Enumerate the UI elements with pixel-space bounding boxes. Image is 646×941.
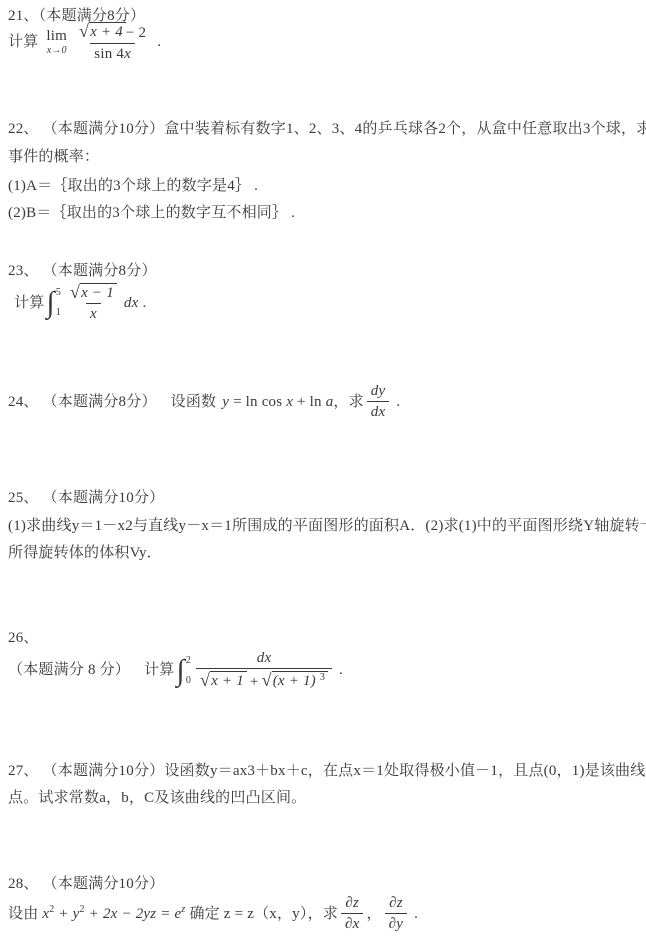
eq-exp-2: 2 xyxy=(80,899,85,920)
problem-22-line2: 事件的概率： xyxy=(8,147,99,168)
fraction-denominator: √ x + 1 + √ (x + 1) 3 xyxy=(196,668,332,691)
integral-icon: ∫ xyxy=(46,288,54,318)
limit-operator: lim x→0 xyxy=(46,29,67,56)
integral-upper: 2 xyxy=(186,656,191,666)
fraction-denominator: x xyxy=(86,303,101,323)
plus-sign: + xyxy=(250,674,259,691)
numerator-rest: − 2 xyxy=(126,25,146,42)
fraction: √ x + 4 − 2 sin 4 x xyxy=(75,22,150,64)
sqrt-icon: √ xyxy=(79,22,89,41)
problem-27-line2: 点。试求常数a，b，C及该曲线的凹凸区间。 xyxy=(8,788,306,809)
fraction-dz-dx: ∂z ∂x xyxy=(341,895,363,934)
eq-var-y: y xyxy=(222,392,229,413)
compute-label: 计算 xyxy=(14,293,44,314)
problem-22-line1: 22、 （本题满分10分）盒中装着标有数字1、2、3、4的乒乓球各2个，从盒中任… xyxy=(8,119,646,140)
problem-24-line: 24、 （本题满分8分） 设函数 y = ln cos x + ln a ，求 … xyxy=(8,383,400,422)
eq-exp-1: 2 xyxy=(49,899,54,920)
period: . xyxy=(339,660,343,681)
problem-22-item2: (2)B＝｛取出的3个球上的数字互不相同｝ . xyxy=(8,203,295,224)
problem-28-formula: 设由 x2 + y2 + 2x − 2yz = ez 确定 z = z（x，y）… xyxy=(8,895,418,934)
integral-lower: 0 xyxy=(186,676,191,686)
period: . xyxy=(414,904,418,925)
eq-op2: + ln xyxy=(293,392,326,413)
fraction: √ x − 1 x xyxy=(66,283,121,324)
fraction-denominator: sin 4 x xyxy=(90,43,135,63)
compute-label: 计算 xyxy=(144,660,174,681)
radicand: x − 1 xyxy=(80,283,117,302)
problem-24-header: 24、 （本题满分8分） xyxy=(8,392,157,413)
fraction-numerator: dx xyxy=(253,650,276,668)
radicand: x + 4 xyxy=(89,22,126,41)
score-label: （本题满分 8 分） xyxy=(8,660,130,681)
problem-21-formula: 计算 lim x→0 √ x + 4 − 2 sin 4 x . xyxy=(8,22,161,64)
problem-25-line1: (1)求曲线y＝1－x2与直线y－x＝1所围成的平面图形的面积A．(2)求(1)… xyxy=(8,516,646,537)
comma: ， xyxy=(366,904,381,925)
eq-var-x: x xyxy=(286,392,293,413)
period: . xyxy=(157,32,161,53)
sqrt-icon: √ xyxy=(70,283,80,302)
eq-var-a: a xyxy=(326,392,334,413)
fraction-denominator: dx xyxy=(367,401,390,421)
intro-text: 设由 xyxy=(8,904,42,925)
radicand-2: (x + 1) 3 xyxy=(272,671,328,690)
radicand-1: x + 1 xyxy=(210,671,247,690)
fraction: dy dx xyxy=(367,383,390,422)
integral-icon: ∫ xyxy=(176,656,184,686)
exam-document-page: 21、（本题满分8分） 计算 lim x→0 √ x + 4 − 2 sin 4… xyxy=(0,0,646,941)
problem-25-header: 25、 （本题满分10分） xyxy=(8,488,164,509)
sqrt-icon: √ xyxy=(262,671,272,690)
integral-operator: ∫ 5 1 xyxy=(46,288,61,318)
lim-text: lim xyxy=(46,29,67,44)
sqrt-icon: √ xyxy=(200,671,210,690)
period: . xyxy=(396,392,400,413)
compute-label: 计算 xyxy=(8,32,38,53)
sqrt-radical-2: √ (x + 1) 3 xyxy=(262,671,328,690)
eq-term-y: + y xyxy=(54,904,79,925)
fraction-numerator: ∂z xyxy=(385,895,407,913)
problem-27-line1: 27、 （本题满分10分）设函数y＝ax3＋bx＋c，在点x＝1处取得极小值－1… xyxy=(8,761,646,782)
den-function: sin 4 xyxy=(94,46,124,63)
den-variable: x xyxy=(124,46,131,63)
eq-exp-3: z xyxy=(181,899,185,920)
problem-22-item1: (1)A＝｛取出的3个球上的数字是4｝ . xyxy=(8,176,258,197)
integral-upper: 5 xyxy=(56,288,61,298)
fraction-numerator: dy xyxy=(367,383,390,401)
fraction-numerator: √ x + 4 − 2 xyxy=(75,22,150,43)
integral-bounds: 5 1 xyxy=(56,288,61,318)
integral-lower: 1 xyxy=(56,308,61,318)
period: . xyxy=(142,293,146,314)
problem-23-header: 23、 （本题满分8分） xyxy=(8,261,157,282)
problem-28-header: 28、 （本题满分10分） xyxy=(8,874,164,895)
eq-term-x: x xyxy=(42,904,49,925)
problem-25-line2: 所得旋转体的体积Vy． xyxy=(8,543,162,564)
sqrt-radical-1: √ x + 1 xyxy=(200,671,247,690)
fraction-denominator: ∂x xyxy=(341,913,363,933)
fraction-numerator: ∂z xyxy=(341,895,363,913)
mid-text: 确定 z = z（x，y），求 xyxy=(186,904,338,925)
problem-26-number: 26、 xyxy=(8,628,39,649)
fraction-numerator: √ x − 1 xyxy=(66,283,121,303)
eq-term-rest: + 2x − 2yz = e xyxy=(85,904,182,925)
fraction-dz-dy: ∂z ∂y xyxy=(385,895,407,934)
fraction-denominator: ∂y xyxy=(385,913,407,933)
eq-op1: = ln cos xyxy=(229,392,286,413)
radicand-2-exponent: 3 xyxy=(320,672,325,683)
intro-text: 设函数 xyxy=(171,392,217,413)
lim-subscript: x→0 xyxy=(47,46,67,56)
integral-operator: ∫ 2 0 xyxy=(176,656,191,686)
sqrt-radical: √ x − 1 xyxy=(70,283,117,302)
problem-26-formula: （本题满分 8 分） 计算 ∫ 2 0 dx √ x + 1 + √ (x + … xyxy=(8,650,343,692)
problem-23-formula: 计算 ∫ 5 1 √ x − 1 x dx . xyxy=(14,283,146,324)
sqrt-radical: √ x + 4 xyxy=(79,22,126,41)
mid-text: ，求 xyxy=(333,392,363,413)
radicand-2-base: (x + 1) xyxy=(273,673,316,689)
dx-differential: dx xyxy=(124,293,139,314)
fraction: dx √ x + 1 + √ (x + 1) 3 xyxy=(196,650,332,692)
integral-bounds: 2 0 xyxy=(186,656,191,686)
